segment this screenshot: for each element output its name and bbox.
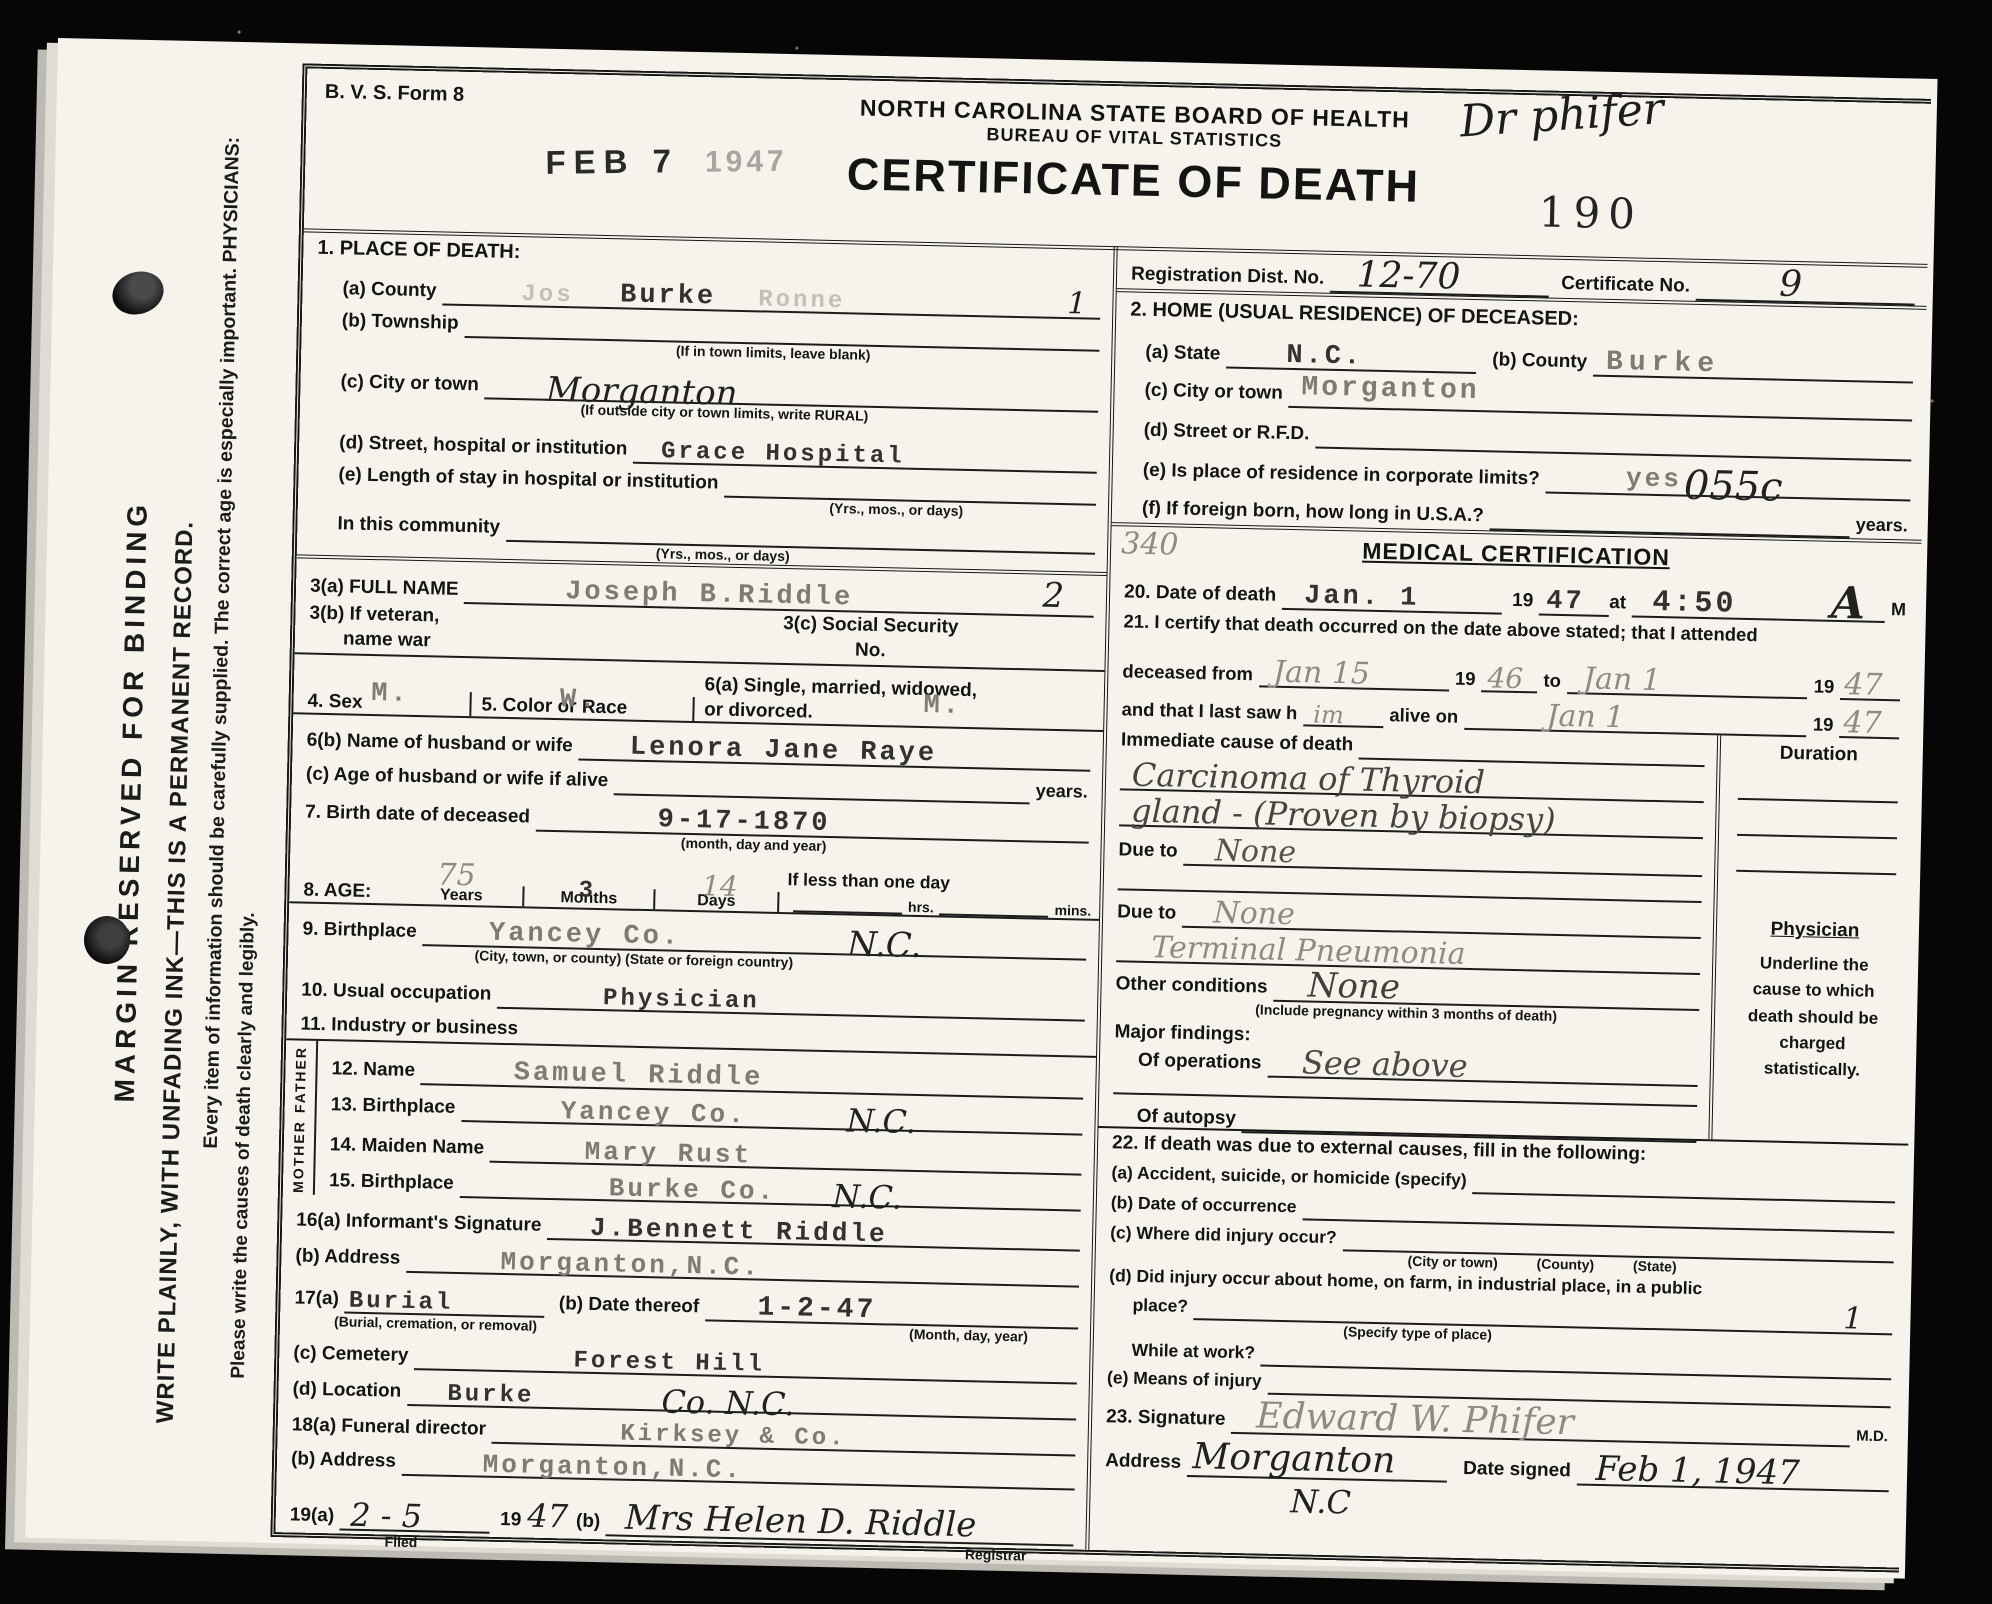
registration-district-label: Registration Dist. No. <box>1131 263 1331 292</box>
dod-19: 19 <box>1502 590 1540 616</box>
issuing-organization: NORTH CAROLINA STATE BOARD OF HEALTH BUR… <box>759 92 1508 214</box>
age-years-value: 75 <box>437 860 476 891</box>
margin-binding-note: MARGIN RESERVED FOR BINDING <box>111 500 152 1103</box>
home-street-label: (d) Street or R.F.D. <box>1143 420 1315 449</box>
certify-him: im <box>1313 703 1344 728</box>
certificate-paper: MARGIN RESERVED FOR BINDING WRITE PLAINL… <box>25 38 1937 1579</box>
father-side-label: FATHER <box>292 1046 309 1113</box>
cemetery-label: (c) Cemetery <box>293 1342 415 1370</box>
means-of-injury-label: (e) Means of injury <box>1107 1367 1268 1394</box>
sex-label: 4. Sex <box>307 691 368 716</box>
home-city-label: (c) City or town <box>1144 380 1289 408</box>
mother-name-label: 14. Maiden Name <box>330 1134 491 1162</box>
race-value: W. <box>560 687 599 715</box>
mother-birthplace-value: Burke Co. <box>608 1175 776 1205</box>
father-birthplace-label: 13. Birthplace <box>330 1094 461 1122</box>
dod-at: at <box>1609 592 1632 617</box>
physician-note: Underline the cause to which death shoul… <box>1737 950 1890 1085</box>
dod-m-label: M <box>1885 599 1909 623</box>
length-of-stay-caption: (Yrs., mos., or days) <box>829 501 963 519</box>
duration-label: Duration <box>1721 741 1917 767</box>
registrar-caption: Registrar <box>965 1547 1027 1564</box>
duration-line <box>1737 834 1898 840</box>
certificate-number-value: 9 <box>1779 267 1803 303</box>
certify-19c: 19 <box>1813 713 1834 737</box>
registrar-signature: Mrs Helen D. Riddle <box>625 1501 977 1543</box>
home-county-label: (b) County <box>1476 349 1594 377</box>
certify-to-year: 47 <box>1844 670 1883 701</box>
handwritten-code-055c: 055c <box>1683 463 1783 511</box>
county-value: Burke <box>620 282 717 311</box>
community-label: In this community <box>337 513 506 542</box>
date-signed-label: Date signed <box>1447 1458 1577 1486</box>
due-to-2-value: None <box>1213 898 1295 930</box>
dod-year-field: 47 <box>1539 573 1610 617</box>
left-column: 1. PLACE OF DEATH: (a) County Jos Burke … <box>275 228 1117 1549</box>
cause-of-death-area: Immediate cause of death Carcinoma of Th… <box>1099 722 1918 1144</box>
burial-field: Burial <box>345 1272 546 1318</box>
dod-time-value: 4:50 <box>1652 588 1737 620</box>
sex-value: M. <box>371 681 410 709</box>
filed-row: 19(a) 2 - 5 Filed 19 47 (b) Mrs Helen D.… <box>275 1473 1086 1567</box>
page-number: 190 <box>1538 187 1643 238</box>
registration-district-value: 12-70 <box>1356 257 1461 295</box>
date-of-death-label: 20. Date of death <box>1124 581 1283 609</box>
physician-address-field: Morganton N.C <box>1187 1433 1448 1483</box>
dod-time-field: 4:50 A <box>1632 575 1886 623</box>
home-city-value: Morganton <box>1301 374 1480 406</box>
certify-to-label: to <box>1543 670 1561 694</box>
certify-19a: 19 <box>1455 668 1476 692</box>
other-conditions-label: Other conditions <box>1115 973 1274 1001</box>
handwritten-annotation: Dr phifer <box>1458 83 1665 147</box>
certify-alive-label: alive on <box>1389 704 1458 729</box>
due-to-1-value: None <box>1214 836 1296 868</box>
certify-from-value: Jan 15 <box>1273 658 1371 690</box>
marital-label2: or divorced. <box>704 699 819 725</box>
of-operations-label: Of operations <box>1114 1049 1268 1077</box>
certify-alive-year: 47 <box>1843 708 1882 739</box>
full-name-margin-note: 2 <box>1042 579 1064 613</box>
punch-hole-bottom <box>84 916 130 964</box>
burial-date-caption: (Month, day, year) <box>909 1327 1028 1345</box>
duration-line <box>1737 798 1898 804</box>
certificate-form: B. V. S. Form 8 FEB 71947 NORTH CAROLINA… <box>270 63 1931 1572</box>
dod-year-value: 47 <box>1546 589 1585 617</box>
burial-caption: (Burial, cremation, or removal) <box>334 1314 537 1334</box>
certificate-number-label: Certificate No. <box>1549 273 1696 301</box>
certify-to-value: Jan 1 <box>1583 664 1661 696</box>
filed-label: 19(a) <box>290 1504 341 1530</box>
injury-place-label2: place? <box>1108 1294 1194 1320</box>
foreign-born-field <box>1490 492 1851 538</box>
other-conditions-value: None <box>1307 968 1400 1004</box>
date-of-death-field: Jan. 1 <box>1282 568 1503 615</box>
industry-label: 11. Industry or business <box>300 1014 524 1044</box>
full-name-label: 3(a) FULL NAME <box>310 576 465 604</box>
received-date-stamp: FEB 71947 <box>545 141 788 182</box>
filed-date-field: 2 - 5 Filed <box>340 1475 491 1534</box>
injury-place-margin-note: 1 <box>1843 1304 1863 1334</box>
cemetery-location-label: (d) Location <box>292 1378 407 1405</box>
birthplace-value: Yancey Co. <box>489 921 682 952</box>
home-county-field: Burke <box>1593 337 1914 384</box>
community-caption: (Yrs., mos., or days) <box>656 546 790 564</box>
physician-label: Physician <box>1717 917 1913 943</box>
burial-date-value: 1-2-47 <box>757 1295 876 1326</box>
certify-from-label: deceased from <box>1122 660 1253 687</box>
injury-where-caption: (City or town) (County) (State) <box>1407 1254 1676 1275</box>
county-margin-note: 1 <box>1067 289 1087 319</box>
home-state-label: (a) State <box>1145 342 1226 369</box>
occupation-value: Physician <box>603 987 760 1014</box>
spouse-age-suffix: years. <box>1029 780 1090 805</box>
date-signed-field: Feb 1, 1947 <box>1577 1441 1890 1492</box>
scanned-death-certificate: { "scan": { "annotation_top": "Dr phifer… <box>0 0 1992 1604</box>
filed-year-value: 47 <box>527 1497 569 1536</box>
duration-line <box>1736 870 1897 876</box>
burial-value: Burial <box>349 1290 454 1316</box>
age-months-value: 3 <box>578 880 596 904</box>
filed-year-prefix: 19 <box>490 1509 528 1535</box>
md-suffix: M.D. <box>1850 1427 1890 1448</box>
physician-address-value: Morganton <box>1192 1439 1396 1479</box>
date-of-death-value: Jan. 1 <box>1304 583 1420 613</box>
handwritten-code-340: 340 <box>1121 526 1179 562</box>
duration-physician-sidebar: Duration Physician Underline the cause t… <box>1708 735 1917 1143</box>
age-hrs-label: hrs. <box>908 899 934 915</box>
certify-from-year: 46 <box>1487 664 1523 693</box>
form-number: B. V. S. Form 8 <box>325 81 465 107</box>
cemetery-location-value: Burke <box>447 1383 535 1409</box>
stamp-date: FEB 7 <box>545 142 679 181</box>
corporate-limits-value: yes <box>1626 465 1682 492</box>
age-label: 8. AGE: <box>289 875 401 903</box>
physician-signature-label: 23. Signature <box>1106 1406 1232 1434</box>
burial-label: 17(a) <box>294 1287 345 1313</box>
age-mins-label: mins. <box>1054 903 1091 919</box>
race-label: 5. Color or Race <box>481 694 633 721</box>
filed-caption: Filed <box>384 1534 417 1550</box>
registration-district-field: 12-70 <box>1330 251 1550 298</box>
home-state-field: N.C. <box>1226 329 1477 374</box>
mother-side-label: MOTHER <box>290 1120 308 1193</box>
margin-causes-note: Please write the causes of death clearly… <box>229 912 258 1379</box>
funeral-director-address-label: (b) Address <box>291 1448 402 1475</box>
burial-date-label: (b) Date thereof <box>545 1293 706 1321</box>
mother-birthplace-label: 15. Birthplace <box>329 1170 460 1198</box>
informant-address-label: (b) Address <box>295 1245 406 1272</box>
filed-b-label: (b) <box>568 1510 607 1536</box>
birthdate-caption: (month, day and year) <box>681 836 827 855</box>
marital-value: M. <box>923 693 962 721</box>
due-to-1-label: Due to <box>1118 839 1184 865</box>
township-label: (b) Township <box>342 310 465 338</box>
physician-address-label: Address <box>1105 1450 1188 1477</box>
township-caption: (If in town limits, leave blank) <box>676 344 871 364</box>
certify-paragraph: 21. I certify that death occurred on the… <box>1107 606 1919 740</box>
certificate-number-field: 9 <box>1696 259 1916 306</box>
home-county-value: Burke <box>1606 349 1721 379</box>
mother-name-value: Mary Rust <box>584 1139 752 1169</box>
birthplace-label: 9. Birthplace <box>302 919 423 947</box>
right-column: Registration Dist. No. 12-70 Certificate… <box>1089 246 1927 1567</box>
county-label: (a) County <box>342 278 442 305</box>
county-ghost-text: Jos <box>521 283 574 308</box>
filed-date-value: 2 - 5 <box>350 1499 423 1533</box>
of-operations-value: See above <box>1302 1046 1468 1082</box>
age-lessday-label: If less than one day <box>787 869 1092 900</box>
foreign-born-suffix: years. <box>1849 514 1910 539</box>
certify-alive-value: Jan 1 <box>1546 702 1624 734</box>
date-signed-value: Feb 1, 1947 <box>1595 1452 1800 1490</box>
certify-19b: 19 <box>1813 675 1834 699</box>
due-to-2-label: Due to <box>1117 901 1183 927</box>
age-days-value: 14 <box>702 872 738 901</box>
registrar-signature-field: Mrs Helen D. Riddle Registrar <box>606 1480 1075 1546</box>
margin-write-plainly-note: WRITE PLAINLY, WITH UNFADING INK—THIS IS… <box>154 521 198 1424</box>
city-label: (c) City or town <box>340 371 485 399</box>
while-at-work-label: While at work? <box>1107 1339 1261 1366</box>
father-name-label: 12. Name <box>331 1058 421 1085</box>
certificate-title: CERTIFICATE OF DEATH <box>759 146 1507 214</box>
physician-address-state: N.C <box>1290 1485 1351 1518</box>
of-autopsy-label: Of autopsy <box>1112 1105 1242 1133</box>
father-birthplace-value: Yancey Co. <box>560 1098 747 1128</box>
dod-ampm-value: A <box>1830 582 1865 627</box>
county-ghost-text2: Ronne <box>758 288 846 314</box>
home-state-value: N.C. <box>1286 343 1363 372</box>
birthdate-value: 9-17-1870 <box>657 807 830 838</box>
